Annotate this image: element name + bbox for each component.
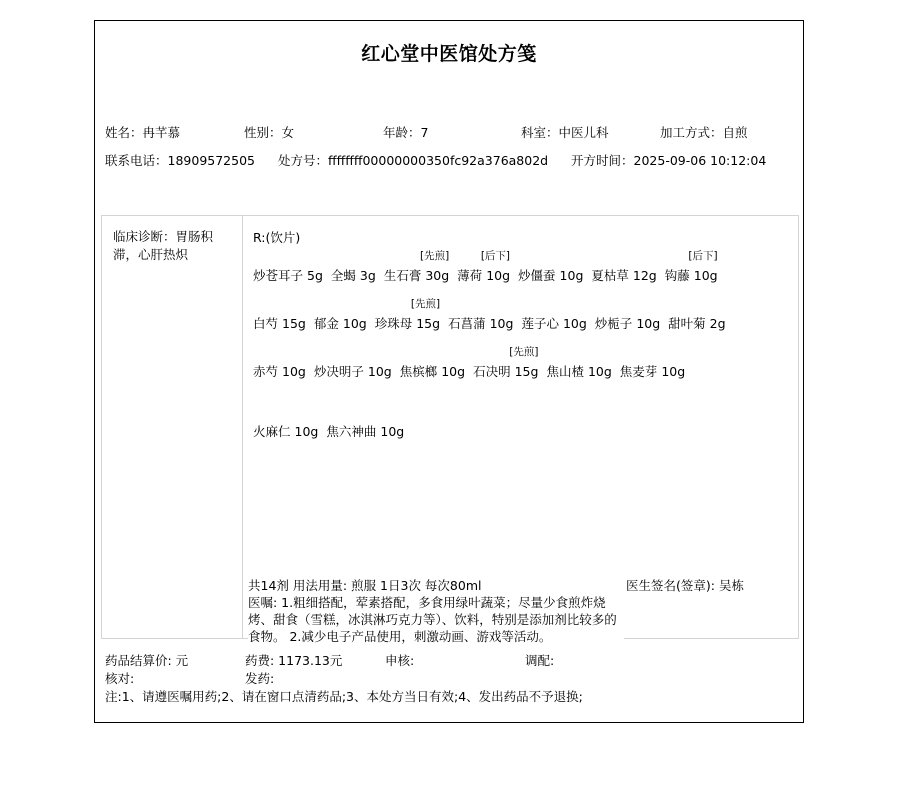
herb-name-dose: 焦麦芽 (620, 364, 658, 379)
page-title: 红心堂中医馆处方笺 (95, 39, 803, 66)
herb-line: 火麻仁10g焦六神曲10g (253, 404, 412, 444)
process-method: 加工方式：自煎 (660, 123, 748, 141)
prescription-time: 开方时间：2025-09-06 10:12:04 (571, 151, 766, 169)
herb-dose: 10g (588, 364, 612, 379)
issue-field: 发药: (245, 669, 274, 687)
herb-dose: 10g (368, 364, 392, 379)
herb-dose: 10g (563, 316, 587, 331)
herb-line: 白芍15g郁金10g珍珠母15g[先煎]石菖蒲10g莲子心10g炒栀子10g甜叶… (253, 296, 734, 336)
herb-name-dose: 郁金 (314, 316, 339, 331)
herb-name-dose: 石决明 (473, 364, 511, 379)
herb-dose: 10g (661, 364, 685, 379)
herb-name-dose: 炒栀子 (595, 316, 633, 331)
herb-name-dose: 火麻仁 (253, 424, 291, 439)
review-field: 申核: (385, 651, 414, 669)
check-field: 核对: (105, 669, 134, 687)
herb-name-dose: 白芍 (253, 316, 278, 331)
herb-dose: 10g (343, 316, 367, 331)
herb-dose: 10g (490, 316, 514, 331)
herb-name-dose: 石菖蒲 (448, 316, 486, 331)
herb-item: 赤芍10g (253, 344, 306, 380)
patient-gender: 性别：女 (244, 123, 294, 141)
herb-name-dose: 炒僵蚕 (518, 268, 556, 283)
herb-item: 夏枯草12g (591, 248, 656, 284)
herb-item: 炒决明子10g (314, 344, 392, 380)
settle-price: 药品结算价: 元 (105, 651, 188, 669)
usage-dosage: 共14剂 用法用量: 煎服 1日3次 每次80ml (248, 576, 481, 594)
drug-fee: 药费: 1173.13元 (245, 651, 342, 669)
herb-name-dose: 焦山楂 (546, 364, 584, 379)
herb-dose: 3g (360, 268, 376, 283)
herb-name-dose: 焦槟榔 (400, 364, 438, 379)
herb-item: 焦槟榔10g (400, 344, 465, 380)
herb-name-dose: 薄荷 (457, 268, 482, 283)
herb-dose: 10g (694, 268, 718, 283)
prescription-box: 临床诊断：胃肠积滞，心肝热炽 R:(饮片) 炒苍耳子5g全蝎3g生石膏30g[先… (101, 215, 799, 639)
rx-label: R:(饮片) (253, 228, 300, 246)
herb-item: 白芍15g (253, 296, 306, 332)
herb-dose: 10g (636, 316, 660, 331)
herb-item: 莲子心10g (521, 296, 586, 332)
herb-name-dose: 炒苍耳子 (253, 268, 303, 283)
herb-dose: 10g (441, 364, 465, 379)
herb-name-dose: 夏枯草 (591, 268, 629, 283)
herb-name-dose: 生石膏 (384, 268, 422, 283)
herb-dose: 15g (416, 316, 440, 331)
herb-dose: 10g (486, 268, 510, 283)
dispense-field: 调配: (525, 651, 554, 669)
herb-item: 焦麦芽10g (620, 344, 685, 380)
herb-item: 焦山楂10g (546, 344, 611, 380)
herb-item: 炒僵蚕10g (518, 248, 583, 284)
notice: 注:1、请遵医嘱用药;2、请在窗口点清药品;3、本处方当日有效;4、发出药品不予… (105, 687, 583, 705)
herb-name-dose: 焦六神曲 (326, 424, 376, 439)
herb-note: [先煎] (420, 248, 449, 263)
prescription-sheet: 红心堂中医馆处方笺 姓名：冉芊慕 性别：女 年龄：7 科室：中医儿科 加工方式：… (94, 20, 804, 723)
herb-item: 钩藤10g[后下] (665, 248, 718, 284)
herb-name-dose: 全蝎 (331, 268, 356, 283)
department: 科室：中医儿科 (521, 123, 609, 141)
herb-name-dose: 甜叶菊 (668, 316, 706, 331)
herb-note: [先煎] (411, 296, 440, 311)
herb-item: 珍珠母15g[先煎] (375, 296, 440, 332)
herb-name-dose: 炒决明子 (314, 364, 364, 379)
phone: 联系电话：18909572505 (105, 151, 255, 169)
doctor-signature: 医生签名(签章): 吴栋 (626, 576, 744, 594)
herb-item: 郁金10g (314, 296, 367, 332)
herb-item: 全蝎3g (331, 248, 376, 284)
herb-item: 焦六神曲10g (326, 404, 404, 440)
herb-item: 石菖蒲10g (448, 296, 513, 332)
herb-dose: 2g (710, 316, 726, 331)
herb-dose: 10g (560, 268, 584, 283)
clinical-diagnosis: 临床诊断：胃肠积滞，心肝热炽 (113, 228, 235, 264)
patient-age: 年龄：7 (383, 123, 428, 141)
herb-item: 石决明15g[先煎] (473, 344, 538, 380)
herb-dose: 10g (380, 424, 404, 439)
herb-dose: 15g (282, 316, 306, 331)
herb-dose: 5g (307, 268, 323, 283)
herb-item: 炒栀子10g (595, 296, 660, 332)
herb-name-dose: 钩藤 (665, 268, 690, 283)
herb-name-dose: 赤芍 (253, 364, 278, 379)
herb-dose: 10g (282, 364, 306, 379)
patient-name: 姓名：冉芊慕 (105, 123, 180, 141)
herb-dose: 10g (295, 424, 319, 439)
herb-note: [后下] (688, 248, 717, 263)
herb-line: 炒苍耳子5g全蝎3g生石膏30g[先煎]薄荷10g[后下]炒僵蚕10g夏枯草12… (253, 248, 726, 288)
herb-dose: 12g (633, 268, 657, 283)
herb-note: [先煎] (509, 344, 538, 359)
herb-name-dose: 莲子心 (521, 316, 559, 331)
herb-item: 薄荷10g[后下] (457, 248, 510, 284)
prescription-number: 处方号：ffffffff00000000350fc92a376a802d (278, 151, 548, 169)
herb-note: [后下] (481, 248, 510, 263)
herb-name-dose: 珍珠母 (375, 316, 413, 331)
herb-item: 炒苍耳子5g (253, 248, 323, 284)
herb-item: 生石膏30g[先煎] (384, 248, 449, 284)
herb-dose: 15g (515, 364, 539, 379)
herb-line: 赤芍10g炒决明子10g焦槟榔10g石决明15g[先煎]焦山楂10g焦麦芽10g (253, 344, 693, 384)
column-divider (242, 216, 243, 638)
doctor-advice: 医嘱: 1.粗细搭配，荤素搭配，多食用绿叶蔬菜；尽量少食煎炸烧烤、甜食（雪糕，冰… (248, 594, 624, 645)
herb-dose: 30g (425, 268, 449, 283)
herb-item: 火麻仁10g (253, 404, 318, 440)
herb-item: 甜叶菊2g (668, 296, 725, 332)
